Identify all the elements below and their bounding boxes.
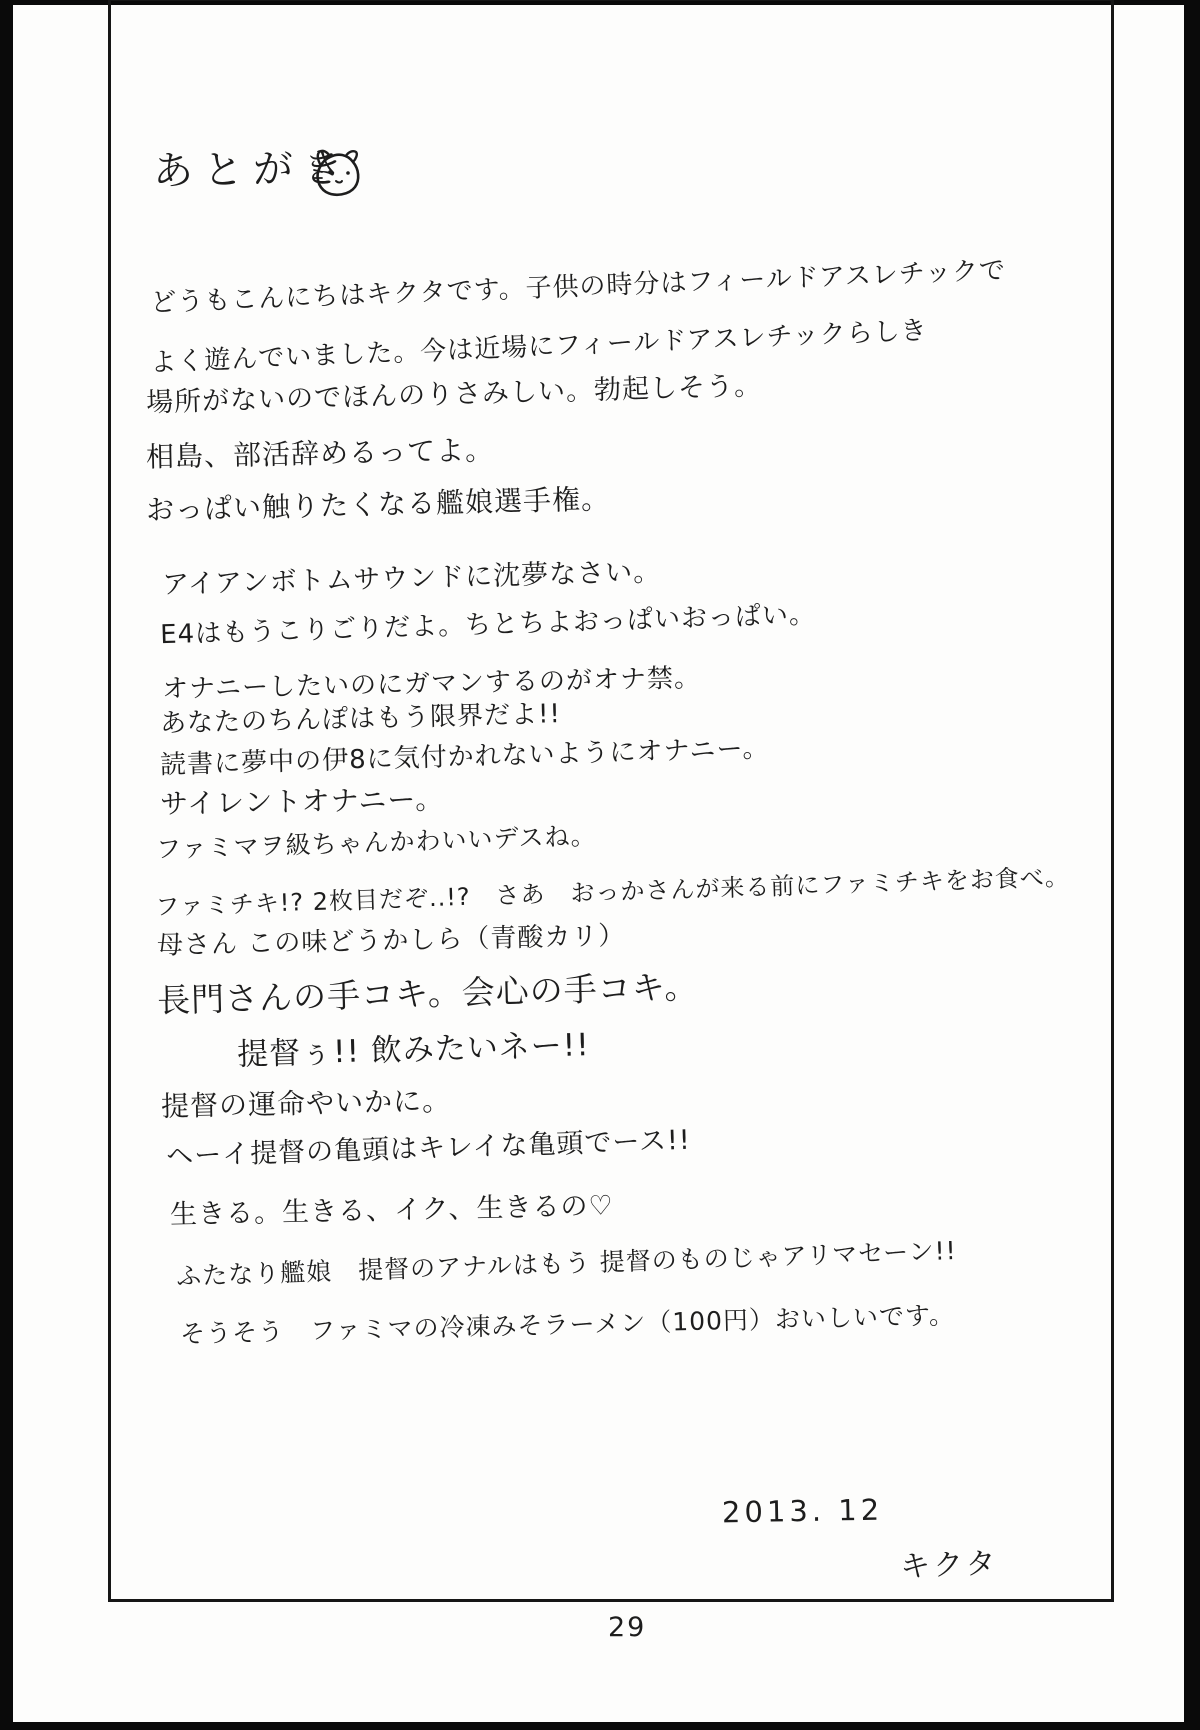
- date-text: 2013. 12: [722, 1493, 884, 1530]
- scan-edge-bottom: [10, 1722, 1200, 1730]
- page-number: 29: [608, 1612, 646, 1643]
- scan-edge-left: [0, 0, 13, 1730]
- cat-doodle-icon: [306, 148, 370, 208]
- scan-edge-right: [1184, 0, 1200, 1730]
- afterword-line: サイレントオナニー。: [160, 778, 445, 823]
- afterword-line: 提督の運命やいかに。: [161, 1079, 452, 1125]
- signature-text: キクタ: [899, 1538, 999, 1585]
- afterword-line: 相島、部活辞めるってよ。: [146, 428, 495, 475]
- scanned-page: あとがき どうもこんにちはキクタです。子供の時分はフィールドアスレチックで よく…: [0, 0, 1200, 1730]
